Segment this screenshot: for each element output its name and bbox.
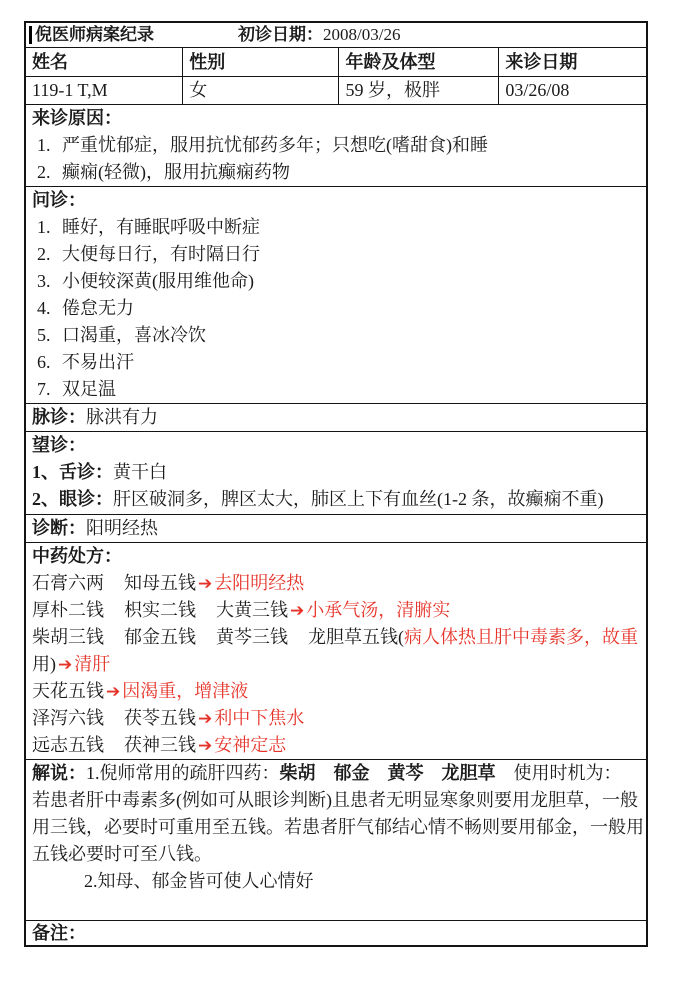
item-text: 小便较深黄(服用维他命)	[62, 271, 254, 291]
commentary-line: 2.知母、郁金皆可使人心情好	[26, 868, 646, 895]
herb-name: 郁金	[334, 763, 370, 783]
patient-age-build: 59 岁，极胖	[338, 77, 498, 104]
prescription-line: 泽泻六钱茯苓五钱➔利中下焦水	[26, 705, 646, 732]
rx-note: 安神定志	[214, 735, 286, 755]
text-cursor-mark	[29, 26, 32, 44]
reason-heading: 来诊原因：	[26, 105, 646, 132]
herb-dose: 柴胡三钱	[32, 627, 104, 647]
red-arrow-icon: ➔	[196, 709, 214, 729]
red-arrow-icon: ➔	[196, 736, 214, 756]
commentary-timing-label: 使用时机为：	[514, 763, 622, 783]
item-text: 癫痫(轻微)，服用抗癫痫药物	[62, 162, 290, 182]
title-row: 倪医师病案纪录初诊日期：2008/03/26	[26, 23, 646, 47]
patient-sex: 女	[182, 77, 338, 104]
commentary-label: 解说：	[32, 763, 86, 783]
red-arrow-icon: ➔	[288, 601, 306, 621]
inquiry-item: 7.双足温	[26, 376, 646, 403]
diagnosis-section: 诊断：阳明经热	[26, 514, 646, 542]
diagnosis-label: 诊断：	[32, 518, 86, 538]
rx-note: 清肝	[74, 654, 110, 674]
item-number: 1.	[37, 132, 62, 159]
red-arrow-icon: ➔	[56, 655, 74, 675]
record-title: 倪医师病案纪录	[35, 25, 154, 44]
pulse-label: 脉诊：	[32, 407, 86, 427]
reason-item: 1.严重忧郁症，服用抗忧郁药多年；只想吃(嗜甜食)和睡	[26, 132, 646, 159]
reason-section: 来诊原因： 1.严重忧郁症，服用抗忧郁药多年；只想吃(嗜甜食)和睡 2.癫痫(轻…	[26, 104, 646, 186]
inspection-section: 望诊： 1、舌诊：黄干白 2、眼诊：肝区破洞多，脾区太大，肺区上下有血丝(1-2…	[26, 431, 646, 514]
item-number: 6.	[37, 349, 62, 376]
tongue-line: 1、舌诊：黄干白	[26, 459, 646, 486]
herb-dose: 茯苓五钱	[124, 708, 196, 728]
herb-dose: 厚朴二钱	[32, 600, 104, 620]
item-number: 2.	[37, 241, 62, 268]
inspection-heading: 望诊：	[26, 432, 646, 459]
inquiry-heading: 问诊：	[26, 187, 646, 214]
herb-dose: 枳实二钱	[124, 600, 196, 620]
inquiry-item: 3.小便较深黄(服用维他命)	[26, 268, 646, 295]
eye-value: 肝区破洞多，脾区太大，肺区上下有血丝(1-2 条，故癫痫不重)	[113, 489, 603, 509]
prescription-line: 柴胡三钱郁金五钱黄芩三钱龙胆草五钱(病人体热且肝中毒素多，故重	[26, 624, 646, 651]
patient-value-row: 119-1 T,M 女 59 岁，极胖 03/26/08	[26, 76, 646, 104]
record-table: 倪医师病案纪录初诊日期：2008/03/26 姓名 性别 年龄及体型 来诊日期 …	[24, 21, 648, 947]
pulse-section: 脉诊：脉洪有力	[26, 403, 646, 431]
col-header-name: 姓名	[26, 48, 182, 76]
item-text: 大便每日行，有时隔日行	[62, 244, 260, 264]
red-arrow-icon: ➔	[196, 574, 214, 594]
item-text: 不易出汗	[62, 352, 134, 372]
col-header-visit-date: 来诊日期	[498, 48, 646, 76]
patient-visit-date: 03/26/08	[498, 77, 646, 104]
commentary-section: 解说：1.倪师常用的疏肝四药：柴胡郁金黄芩龙胆草使用时机为： 若患者肝中毒素多(…	[26, 759, 646, 920]
commentary-line: 用三钱，必要时可重用至五钱。若患者肝气郁结心情不畅则要用郁金，一般用	[26, 814, 646, 841]
commentary-line: 五钱必要时可至八钱。	[26, 841, 646, 868]
herb-dose: 用)	[32, 654, 56, 674]
herb-dose: 茯神三钱	[124, 735, 196, 755]
item-text: 睡好，有睡眠呼吸中断症	[62, 217, 260, 237]
herb-dose: 郁金五钱	[124, 627, 196, 647]
item-text: 倦怠无力	[62, 298, 134, 318]
inquiry-item: 6.不易出汗	[26, 349, 646, 376]
prescription-line: 远志五钱茯神三钱➔安神定志	[26, 732, 646, 759]
item-text: 口渴重，喜冰冷饮	[62, 325, 206, 345]
prescription-line: 厚朴二钱枳实二钱大黄三钱➔小承气汤，清腑实	[26, 597, 646, 624]
remarks-section: 备注：	[26, 920, 646, 945]
item-text: 双足温	[62, 379, 116, 399]
herb-dose: 泽泻六钱	[32, 708, 104, 728]
first-visit-label: 初诊日期：	[238, 25, 323, 44]
red-arrow-icon: ➔	[104, 682, 122, 702]
item-number: 2.	[37, 159, 62, 186]
inquiry-item: 2.大便每日行，有时隔日行	[26, 241, 646, 268]
inquiry-section: 问诊： 1.睡好，有睡眠呼吸中断症 2.大便每日行，有时隔日行 3.小便较深黄(…	[26, 186, 646, 403]
prescription-line: 天花五钱➔因渴重，增津液	[26, 678, 646, 705]
rx-note: 去阳明经热	[214, 573, 304, 593]
herb-dose: 天花五钱	[32, 681, 104, 701]
herb-dose: 龙胆草五钱(	[308, 627, 404, 647]
eye-label: 2、眼诊：	[32, 489, 113, 509]
prescription-heading: 中药处方：	[26, 543, 646, 570]
commentary-line: 若患者肝中毒素多(例如可从眼诊判断)且患者无明显寒象则要用龙胆草，一般	[26, 787, 646, 814]
patient-header-row: 姓名 性别 年龄及体型 来诊日期	[26, 47, 646, 76]
item-text: 严重忧郁症，服用抗忧郁药多年；只想吃(嗜甜食)和睡	[62, 135, 488, 155]
col-header-age-build: 年龄及体型	[338, 48, 498, 76]
herb-dose: 远志五钱	[32, 735, 104, 755]
item-number: 1.	[37, 214, 62, 241]
rx-note: 病人体热且肝中毒素多，故重	[404, 627, 638, 647]
tongue-label: 1、舌诊：	[32, 462, 113, 482]
prescription-section: 中药处方： 石膏六两知母五钱➔去阳明经热 厚朴二钱枳实二钱大黄三钱➔小承气汤，清…	[26, 542, 646, 759]
rx-note: 因渴重，增津液	[122, 681, 248, 701]
pulse-value: 脉洪有力	[86, 407, 158, 427]
herb-dose: 大黄三钱	[216, 600, 288, 620]
item-number: 3.	[37, 268, 62, 295]
title-line: 倪医师病案纪录初诊日期：2008/03/26	[26, 23, 646, 47]
rx-note: 利中下焦水	[214, 708, 304, 728]
tongue-value: 黄干白	[113, 462, 167, 482]
remarks-label: 备注：	[26, 921, 646, 945]
rx-note: 小承气汤，清腑实	[306, 600, 450, 620]
herb-dose: 黄芩三钱	[216, 627, 288, 647]
prescription-line: 用)➔清肝	[26, 651, 646, 678]
reason-item: 2.癫痫(轻微)，服用抗癫痫药物	[26, 159, 646, 186]
pulse-line: 脉诊：脉洪有力	[26, 404, 646, 431]
herb-name: 龙胆草	[442, 763, 496, 783]
diagnosis-line: 诊断：阳明经热	[26, 515, 646, 542]
item-number: 4.	[37, 295, 62, 322]
inquiry-item: 4.倦怠无力	[26, 295, 646, 322]
eye-line: 2、眼诊：肝区破洞多，脾区太大，肺区上下有血丝(1-2 条，故癫痫不重)	[26, 486, 646, 513]
herb-name: 黄芩	[388, 763, 424, 783]
commentary-intro: 1.倪师常用的疏肝四药：	[86, 763, 280, 783]
first-visit-date: 2008/03/26	[323, 25, 400, 44]
prescription-line: 石膏六两知母五钱➔去阳明经热	[26, 570, 646, 597]
item-number: 7.	[37, 376, 62, 403]
herb-name: 柴胡	[280, 763, 316, 783]
herb-dose: 石膏六两	[32, 573, 104, 593]
inquiry-item: 1.睡好，有睡眠呼吸中断症	[26, 214, 646, 241]
inquiry-item: 5.口渴重，喜冰冷饮	[26, 322, 646, 349]
diagnosis-value: 阳明经热	[86, 518, 158, 538]
patient-name: 119-1 T,M	[26, 77, 182, 104]
item-number: 5.	[37, 322, 62, 349]
col-header-sex: 性别	[182, 48, 338, 76]
commentary-line: 解说：1.倪师常用的疏肝四药：柴胡郁金黄芩龙胆草使用时机为：	[26, 760, 646, 787]
herb-dose: 知母五钱	[124, 573, 196, 593]
medical-record-page: 倪医师病案纪录初诊日期：2008/03/26 姓名 性别 年龄及体型 来诊日期 …	[0, 0, 700, 985]
